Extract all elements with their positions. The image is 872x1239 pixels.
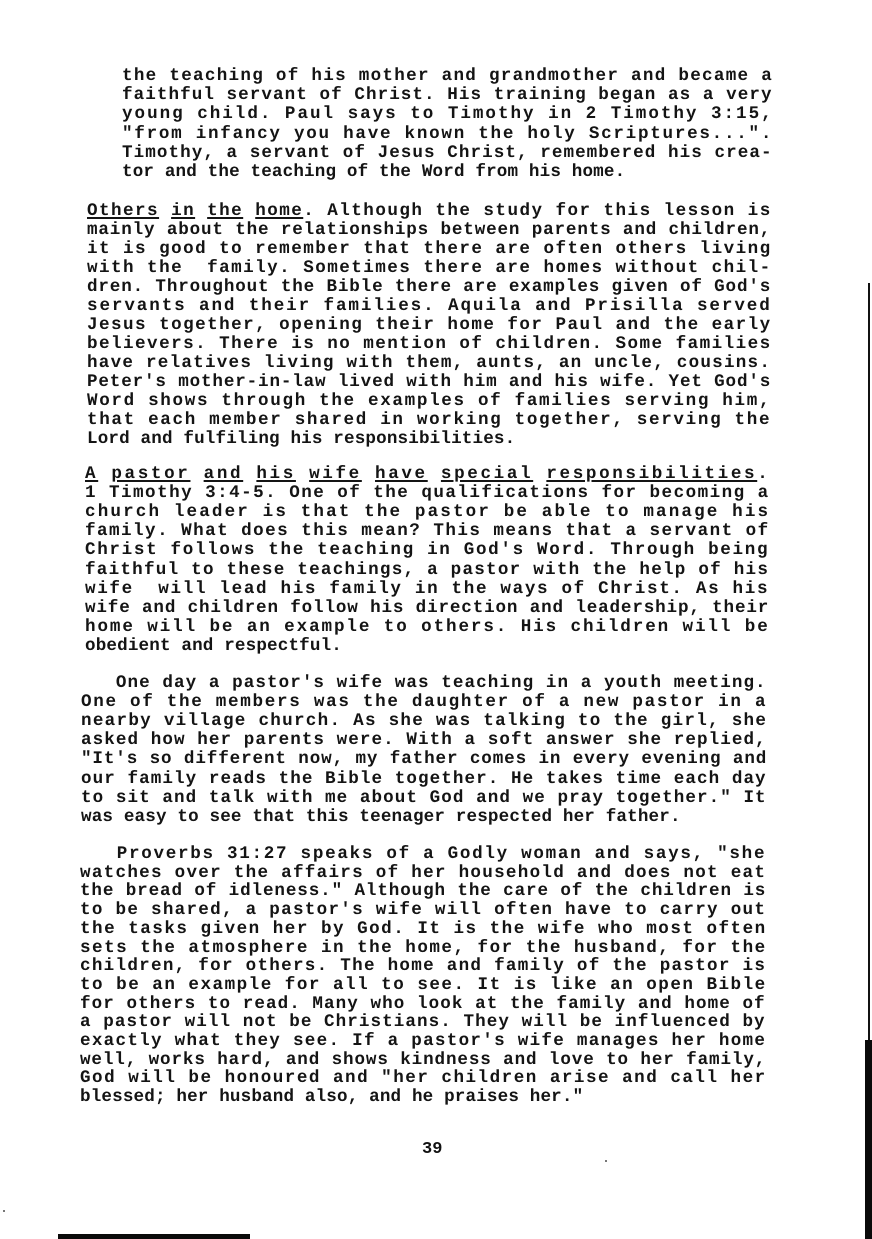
scan-edge-shadow xyxy=(865,1040,872,1239)
scanned-page: the teaching of his mother and grandmoth… xyxy=(0,0,872,1239)
text-line: the tasks given her by God. It is the wi… xyxy=(80,920,767,939)
text-line: exactly what they see. If a pastor's wif… xyxy=(80,1032,766,1051)
text-line: Lord and fulfiling his responsibilities. xyxy=(87,430,515,449)
text-line: One day a pastor's wife was teaching in … xyxy=(81,674,767,693)
text-line: wife will lead his family in the ways of… xyxy=(85,580,769,599)
text-line: God will be honoured and "her children a… xyxy=(80,1069,767,1088)
text-line: the teaching of his mother and grandmoth… xyxy=(122,67,773,86)
text-line: Peter's mother-in-law lived with him and… xyxy=(87,373,771,392)
text-line: Proverbs 31:27 speaks of a Godly woman a… xyxy=(80,845,766,864)
text-line: to sit and talk with me about God and we… xyxy=(81,789,767,808)
text-line: home will be an example to others. His c… xyxy=(85,618,770,637)
text-line: obedient and respectful. xyxy=(85,637,342,656)
scan-edge-line xyxy=(868,283,870,1043)
text-line: Word shows through the examples of famil… xyxy=(87,392,771,411)
text-line: that each member shared in working toget… xyxy=(87,411,771,430)
text-line: Timothy, a servant of Jesus Christ, reme… xyxy=(122,144,773,163)
text-line: to be an example for all to see. It is l… xyxy=(80,976,767,995)
text-line: Jesus together, opening their home for P… xyxy=(87,316,772,335)
text-line: a pastor will not be Christians. They wi… xyxy=(80,1013,766,1032)
text-line: church leader is that the pastor be able… xyxy=(85,503,770,522)
text-line: Christ follows the teaching in God's Wor… xyxy=(85,541,769,560)
text-line: to be shared, a pastor's wife will often… xyxy=(80,901,766,920)
text-line: nearby village church. As she was talkin… xyxy=(81,712,767,731)
text-line: family. What does this mean? This means … xyxy=(85,522,770,541)
text-line: "from infancy you have known the holy Sc… xyxy=(122,125,773,144)
page-number: 39 xyxy=(422,1140,442,1159)
scan-speck xyxy=(605,1160,607,1162)
text-line: blessed; her husband also, and he praise… xyxy=(80,1088,583,1107)
text-line: well, works hard, and shows kindness and… xyxy=(80,1051,766,1070)
text-line: for others to read. Many who look at the… xyxy=(80,995,766,1014)
scan-speck xyxy=(3,1210,5,1212)
text-line: believers. There is no mention of childr… xyxy=(87,335,772,354)
text-line: our family reads the Bible together. He … xyxy=(81,770,767,789)
text-line: sets the atmosphere in the home, for the… xyxy=(80,939,767,958)
text-line: faithful servant of Christ. His training… xyxy=(122,86,773,105)
scan-bottom-rule xyxy=(58,1234,250,1239)
text-line: children, for others. The home and famil… xyxy=(80,957,766,976)
text-line: the bread of idleness." Although the car… xyxy=(80,882,766,901)
text-line: watches over the affairs of her househol… xyxy=(80,864,766,883)
text-line: tor and the teaching of the Word from hi… xyxy=(122,163,625,182)
text-line: wife and children follow his direction a… xyxy=(85,599,769,618)
text-line: have relatives living with them, aunts, … xyxy=(87,354,771,373)
text-line: servants and their families. Aquila and … xyxy=(87,297,772,316)
text-line: 1 Timothy 3:4-5. One of the qualificatio… xyxy=(85,484,770,503)
text-line: dren. Throughout the Bible there are exa… xyxy=(87,278,771,297)
text-line: asked how her parents were. With a soft … xyxy=(81,731,767,750)
section-heading-line: Others in the home. Although the study f… xyxy=(87,202,772,221)
text-line: was easy to see that this teenager respe… xyxy=(81,808,681,827)
text-line: with the family. Sometimes there are hom… xyxy=(87,259,772,278)
text-line: faithful to these teachings, a pastor wi… xyxy=(85,561,769,580)
text-line: mainly about the relationships between p… xyxy=(87,221,771,240)
text-line: young child. Paul says to Timothy in 2 T… xyxy=(122,105,774,124)
text-line: One of the members was the daughter of a… xyxy=(81,693,767,712)
text-line: it is good to remember that there are of… xyxy=(87,240,772,259)
section-heading: A pastor and his wife have special respo… xyxy=(85,465,770,484)
text-line: "It's so different now, my father comes … xyxy=(81,750,767,769)
